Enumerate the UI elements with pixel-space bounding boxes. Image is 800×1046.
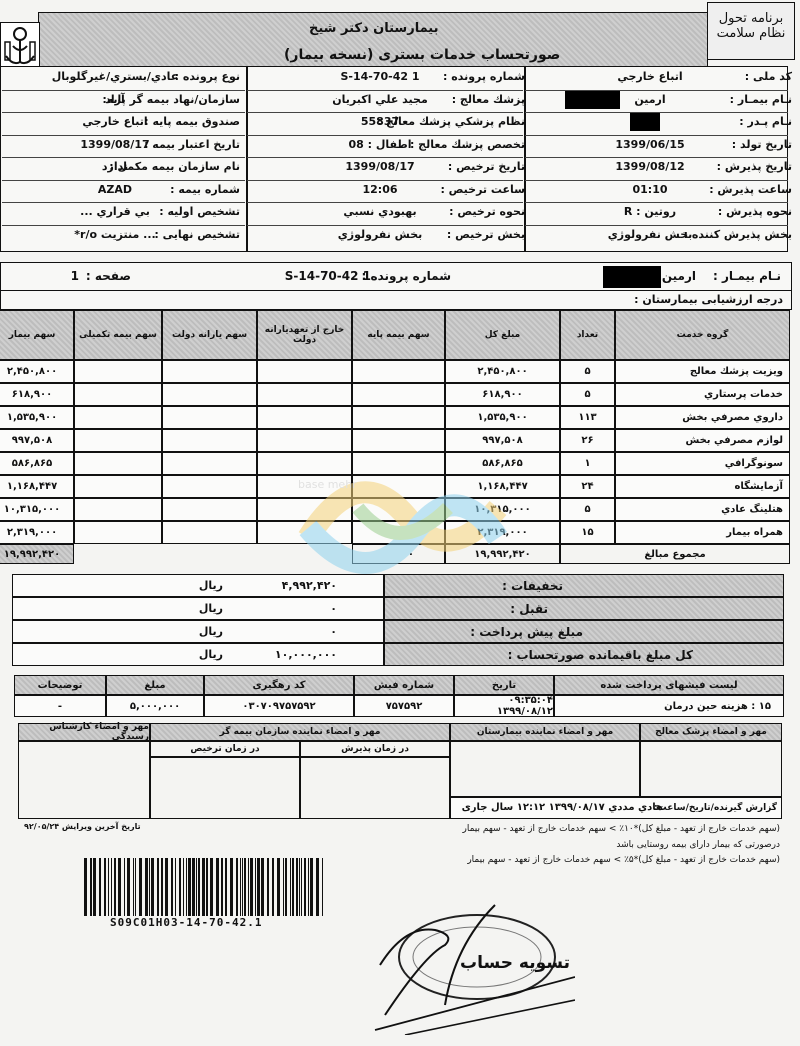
- service-empty-cell: [257, 429, 352, 452]
- column-header-5: سهم یارانه دولت: [162, 310, 257, 360]
- info-divider: [247, 202, 523, 203]
- service-empty-cell: [162, 429, 257, 452]
- service-total: ۶۱۸,۹۰۰: [445, 383, 560, 406]
- strip-patient-label: نـام بیمـار :: [713, 269, 781, 283]
- admission-signature-box: [300, 757, 450, 819]
- service-count: ۱: [560, 452, 615, 475]
- column-header-7: سهم بیمار: [0, 310, 74, 360]
- service-count: ۵: [560, 498, 615, 521]
- info-value-col_middle-5: 12:06: [260, 183, 500, 196]
- info-divider: [247, 112, 523, 113]
- info-divider: [525, 112, 788, 113]
- service-empty-cell: [352, 475, 445, 498]
- service-empty-cell: [74, 521, 162, 544]
- page-strip: نـام بیمـار : ارمين شماره پرونده : S-14-…: [0, 262, 792, 292]
- footnote-line2: درصورتی که بیمار دارای بیمه روستایی باشد: [616, 840, 780, 850]
- info-divider: [247, 157, 523, 158]
- service-group: داروي مصرفي بخش: [615, 406, 790, 429]
- grade-label: درجه ارزشیابی بیمارستان :: [634, 293, 783, 306]
- service-empty-cell: [352, 452, 445, 475]
- info-value-col_left-4: ندارد: [15, 160, 215, 173]
- service-empty-cell: [74, 498, 162, 521]
- summary-value-3: ۱۰,۰۰۰,۰۰۰: [275, 648, 337, 661]
- doctor-signature-header: مهر و امضاء پزشک معالج: [640, 723, 782, 741]
- info-value-col_left-0: عادي/بستري/غيرگلوبال: [15, 70, 215, 83]
- service-empty-cell: [74, 383, 162, 406]
- footnote-line3: (سهم خدمات خارج از تعهد - مبلغ کل)*۵٪ > …: [467, 855, 780, 865]
- info-divider: [2, 112, 245, 113]
- hospital-name: بیمارستان دکتر شیخ: [309, 21, 438, 36]
- barcode: [84, 858, 326, 918]
- service-total: ۲,۴۵۰,۸۰۰: [445, 360, 560, 383]
- service-empty-cell: [257, 383, 352, 406]
- service-empty-cell: [162, 452, 257, 475]
- service-count: ۵: [560, 360, 615, 383]
- payment-cell-2: ۷۵۷۵۹۲: [354, 695, 454, 717]
- strip-file-value: S-14-70-42 1: [285, 269, 371, 283]
- info-value-col_right-4: 1399/08/12: [550, 160, 750, 173]
- info-value-col_middle-2: 55837: [260, 115, 500, 128]
- info-value-col_left-2: اتباع خارجي: [15, 115, 215, 128]
- info-value-col_right-0: اتباع خارجي: [550, 70, 750, 83]
- column-header-6: سهم بیمه تکمیلی: [74, 310, 162, 360]
- document-title: صورتحساب خدمات بستری (نسخه بیمار): [284, 47, 560, 63]
- service-group: هتلينگ عادي: [615, 498, 790, 521]
- service-empty-cell: [74, 360, 162, 383]
- info-label-col_right-2: نـام پـدر :: [739, 115, 792, 128]
- title-banner: بیمارستان دکتر شیخ صورتحساب خدمات بستری …: [38, 12, 708, 72]
- service-patient-share: ۱,۱۶۸,۴۴۷: [0, 475, 74, 498]
- info-divider: [525, 157, 788, 158]
- payments-header-5: توضیحات: [14, 675, 106, 695]
- info-value-col_left-6: بي قراري ...: [15, 205, 215, 218]
- health-logo-icon: [3, 26, 37, 70]
- service-empty-cell: [162, 521, 257, 544]
- column-header-3: سهم بیمه پایه: [352, 310, 445, 360]
- strip-patient-name: ارمين: [662, 269, 696, 283]
- payments-table: لیست فیشهای پرداخت شدهتاریخشماره فیشکد ر…: [14, 675, 784, 717]
- service-empty-cell: [74, 406, 162, 429]
- service-empty-cell: [257, 406, 352, 429]
- info-value-col_left-1: آزاد: [15, 93, 215, 106]
- service-empty-cell: [257, 498, 352, 521]
- info-value-col_left-7: *r/o منتزیت ...: [15, 228, 215, 241]
- info-divider: [2, 90, 245, 91]
- summary-box: تخفیفات :۴,۹۹۲,۴۲۰ریالتقبل :۰ریالمبلغ پی…: [12, 574, 784, 668]
- info-divider: [2, 225, 245, 226]
- service-total: ۲,۳۱۹,۰۰۰: [445, 521, 560, 544]
- service-total: ۱,۵۳۵,۹۰۰: [445, 406, 560, 429]
- column-header-2: مبلغ کل: [445, 310, 560, 360]
- discharge-signature-box: [150, 757, 300, 819]
- redacted-col_right-2: [630, 113, 660, 131]
- service-empty-cell: [74, 429, 162, 452]
- summary-label-3: کل مبلغ باقیمانده صورتحساب :: [384, 643, 784, 666]
- service-empty-cell: [257, 521, 352, 544]
- service-group: آزمايشگاه: [615, 475, 790, 498]
- sum-base-insurance: ۰: [352, 544, 445, 564]
- service-empty-cell: [352, 406, 445, 429]
- service-group: ويزيت پزشك معالج: [615, 360, 790, 383]
- summary-value-box-3: ۱۰,۰۰۰,۰۰۰ریال: [12, 643, 384, 666]
- service-empty-cell: [162, 360, 257, 383]
- sum-label: مجموع مبالغ: [560, 544, 790, 564]
- footnote-line1: (سهم خدمات خارج از تعهد - مبلغ کل)*۱۰٪ >…: [463, 824, 781, 834]
- info-divider: [525, 202, 788, 203]
- services-table: گروه خدمتتعدادمبلغ کلسهم بیمه پایهخارج ا…: [5, 310, 790, 575]
- service-empty-cell: [162, 498, 257, 521]
- info-value-col_middle-4: 1399/08/17: [260, 160, 500, 173]
- redacted-col_right-1: [565, 91, 620, 109]
- payments-title: لیست فیشهای پرداخت شده: [554, 675, 784, 695]
- grade-row: درجه ارزشیابی بیمارستان :: [0, 290, 792, 310]
- info-divider: [247, 180, 523, 181]
- barcode-icon: [84, 858, 326, 918]
- service-count: ۱۵: [560, 521, 615, 544]
- stamp-text: تسویه حساب: [460, 953, 570, 973]
- info-divider: [247, 135, 523, 136]
- service-total: ۹۹۷,۵۰۸: [445, 429, 560, 452]
- sum-total: ۱۹,۹۹۲,۴۲۰: [445, 544, 560, 564]
- service-empty-cell: [74, 452, 162, 475]
- service-patient-share: ۱۰,۳۱۵,۰۰۰: [0, 498, 74, 521]
- service-empty-cell: [352, 521, 445, 544]
- info-divider: [2, 135, 245, 136]
- service-empty-cell: [162, 406, 257, 429]
- program-box: برنامه تحول نظام سلامت: [707, 2, 795, 60]
- service-empty-cell: [257, 360, 352, 383]
- service-count: ۵: [560, 383, 615, 406]
- summary-label-0: تخفیفات :: [384, 574, 784, 597]
- info-value-col_left-5: AZAD: [15, 183, 215, 196]
- reporter-row: گزارش گیرنده/تاریخ/ساعت:هادي مددي ۱۳۹۹/۰…: [450, 797, 782, 819]
- service-empty-cell: [257, 475, 352, 498]
- service-count: ۲۴: [560, 475, 615, 498]
- payment-cell-0: ۱۵ : هزینه حین درمان: [554, 695, 784, 717]
- strip-page-label: صفحه :: [86, 269, 131, 283]
- service-group: سونوگرافي: [615, 452, 790, 475]
- hospital-signature-box: [450, 741, 640, 797]
- info-divider: [2, 202, 245, 203]
- payments-header-3: کد رهگیری: [204, 675, 354, 695]
- strip-file-label: شماره پرونده :: [362, 269, 451, 283]
- sum-patient-share: ۱۹,۹۹۲,۴۲۰: [0, 544, 74, 564]
- summary-value-box-1: ۰ریال: [12, 597, 384, 620]
- at-admission-label: در زمان پذیرش: [300, 741, 450, 757]
- summary-label-1: تقبل :: [384, 597, 784, 620]
- service-empty-cell: [352, 360, 445, 383]
- insurer-signature-header: مهر و امضاء نماینده سازمان بیمه گر: [150, 723, 450, 741]
- auditor-signature-header: مهر و امضاء کارشناس رسیدگی: [18, 723, 150, 741]
- service-count: ۲۶: [560, 429, 615, 452]
- summary-currency-3: ریال: [199, 648, 223, 661]
- summary-value-box-0: ۴,۹۹۲,۴۲۰ریال: [12, 574, 384, 597]
- service-total: ۱,۱۶۸,۴۴۷: [445, 475, 560, 498]
- summary-value-box-2: ۰ریال: [12, 620, 384, 643]
- service-patient-share: ۲,۴۵۰,۸۰۰: [0, 360, 74, 383]
- service-total: ۱۰,۳۱۵,۰۰۰: [445, 498, 560, 521]
- column-header-4: خارج از تعهدیارانه دولت: [257, 310, 352, 360]
- summary-currency-0: ریال: [199, 579, 223, 592]
- service-count: ۱۱۳: [560, 406, 615, 429]
- info-value-col_right-3: 1399/06/15: [550, 138, 750, 151]
- info-value-col_left-3: 1399/08/17: [15, 138, 215, 151]
- service-group: لوازم مصرفي بخش: [615, 429, 790, 452]
- payments-header-1: تاریخ: [454, 675, 554, 695]
- service-group: همراه بيمار: [615, 521, 790, 544]
- info-divider: [2, 180, 245, 181]
- info-value-col_middle-0: S-14-70-42 1: [260, 70, 500, 83]
- summary-label-2: مبلغ پیش پرداخت :: [384, 620, 784, 643]
- redacted-name: [603, 266, 661, 288]
- strip-page-value: 1: [71, 269, 79, 283]
- program-title-line2: نظام سلامت: [708, 26, 794, 41]
- info-divider: [525, 90, 788, 91]
- settlement-stamp: تسویه حساب: [365, 885, 575, 1035]
- info-value-col_middle-7: بخش نفرولوژي: [260, 228, 500, 241]
- service-patient-share: ۵۸۶,۸۶۵: [0, 452, 74, 475]
- doctor-signature-box: [640, 741, 782, 797]
- payment-cell-1: ۰۹:۳۵:۰۴ ۱۳۹۹/۰۸/۱۲: [454, 695, 554, 717]
- service-empty-cell: [352, 498, 445, 521]
- signatures-block: مهر و امضاء پزشک معالجمهر و امضاء نمایند…: [18, 723, 782, 819]
- column-header-0: گروه خدمت: [615, 310, 790, 360]
- info-value-col_right-7: بخش نفرولوژي: [550, 228, 750, 241]
- info-value-col_right-5: 01:10: [550, 183, 750, 196]
- service-patient-share: ۲,۳۱۹,۰۰۰: [0, 521, 74, 544]
- column-header-1: تعداد: [560, 310, 615, 360]
- info-divider: [247, 225, 523, 226]
- barcode-text: S09C01H03-14-70-42.1: [110, 916, 262, 929]
- info-value-col_middle-3: 08 : اطفال: [260, 138, 500, 151]
- payments-header-2: شماره فیش: [354, 675, 454, 695]
- auditor-signature-box: [18, 741, 150, 819]
- hospital-signature-header: مهر و امضاء نماینده بیمارستان: [450, 723, 640, 741]
- at-discharge-label: در زمان ترخیص: [150, 741, 300, 757]
- summary-currency-1: ریال: [199, 602, 223, 615]
- info-value-col_middle-1: مجيد علي اكبريان: [260, 93, 500, 106]
- summary-value-0: ۴,۹۹۲,۴۲۰: [282, 579, 337, 592]
- service-empty-cell: [257, 452, 352, 475]
- payment-cell-5: -: [14, 695, 106, 717]
- program-title-line1: برنامه تحول: [708, 11, 794, 26]
- info-value-col_right-6: R : روتین: [550, 205, 750, 218]
- summary-value-2: ۰: [330, 625, 337, 638]
- service-group: خدمات پرستاري: [615, 383, 790, 406]
- service-patient-share: ۶۱۸,۹۰۰: [0, 383, 74, 406]
- summary-value-1: ۰: [330, 602, 337, 615]
- info-divider: [2, 157, 245, 158]
- payment-cell-3: ۰۳۰۷۰۹۷۵۷۵۹۲: [204, 695, 354, 717]
- service-patient-share: ۱,۵۳۵,۹۰۰: [0, 406, 74, 429]
- service-patient-share: ۹۹۷,۵۰۸: [0, 429, 74, 452]
- info-divider: [525, 180, 788, 181]
- payment-cell-4: ۵,۰۰۰,۰۰۰: [106, 695, 204, 717]
- info-label-col_right-0: کد ملی :: [745, 70, 792, 83]
- service-empty-cell: [74, 475, 162, 498]
- reporter-label: گزارش گیرنده/تاریخ/ساعت:: [654, 803, 777, 813]
- info-divider: [247, 90, 523, 91]
- info-divider: [525, 225, 788, 226]
- service-empty-cell: [352, 383, 445, 406]
- service-empty-cell: [162, 475, 257, 498]
- info-value-col_middle-6: بهبودي نسبي: [260, 205, 500, 218]
- info-divider: [525, 135, 788, 136]
- service-empty-cell: [162, 383, 257, 406]
- service-total: ۵۸۶,۸۶۵: [445, 452, 560, 475]
- reporter-value: هادي مددي ۱۳۹۹/۰۸/۱۷ ۱۲:۱۲ سال جاری: [462, 802, 663, 813]
- service-empty-cell: [352, 429, 445, 452]
- payments-header-4: مبلغ: [106, 675, 204, 695]
- last-edit-date: تاریخ آخرین ویرایش ۹۲/۰۵/۲۴: [24, 822, 141, 831]
- summary-currency-2: ریال: [199, 625, 223, 638]
